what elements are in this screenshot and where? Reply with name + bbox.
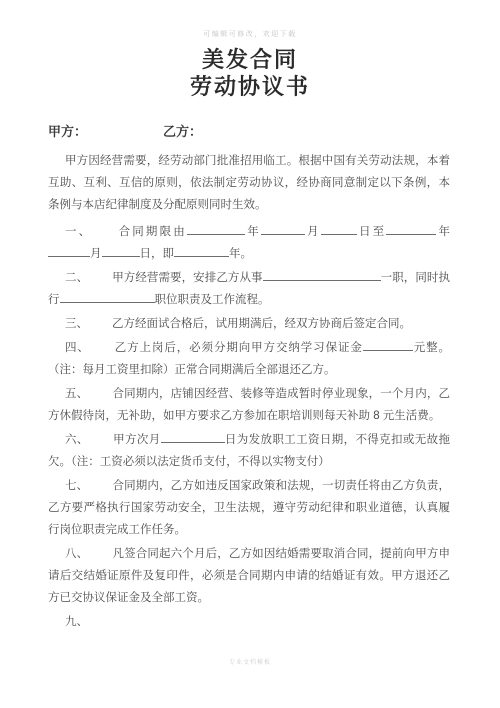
fill-in-blank: [48, 246, 90, 257]
clause: 九、: [48, 611, 450, 633]
clause-text: 合同期内，店铺因经营、装修等造成暂时停业现象，一个月内，乙方休假待岗，无补助，如…: [48, 388, 450, 422]
clause-text: 年: [436, 226, 450, 238]
intro-paragraph: 甲方因经营需要，经劳动部门批准招用临工。根据中国有关劳动法规，本着互助、互利、互…: [48, 150, 450, 216]
top-watermark: 可编辑可修改，欢迎下载: [0, 29, 500, 39]
fill-in-blank: [102, 246, 140, 257]
clause-number: 七、: [65, 480, 88, 492]
clause: 八、凡签合同起六个月后，乙方如因结婚需要取消合同，提前向甲方申请后交结婚证原件及…: [48, 543, 450, 609]
clause-number: 一、: [65, 226, 92, 238]
clause-text: 日为发放职工工资日期，不得克扣或无故拖欠。（注：工资必须以法定货币支付，不得以实…: [48, 434, 450, 468]
title-block: 美发合同 劳动协议书: [0, 0, 500, 100]
clause-text: 日至: [357, 226, 387, 238]
fill-in-blank: [321, 224, 357, 235]
fill-in-blank: [174, 246, 229, 257]
fill-in-blank: [187, 224, 245, 235]
clause: 二、甲方经营需要，安排乙方从事一职，同时执行职位职责及工作流程。: [48, 267, 450, 311]
clause-text: 乙方经面试合格后，试用期满后，经双方协商后签定合同。: [112, 318, 411, 330]
clause-text: 凡签合同起六个月后，乙方如因结婚需要取消合同，提前向甲方申请后交结婚证原件及复印…: [48, 548, 450, 604]
clause-text: 年。: [229, 248, 252, 260]
clause: 三、乙方经面试合格后，试用期满后，经双方协商后签定合同。: [48, 313, 450, 335]
fill-in-blank: [386, 224, 436, 235]
fill-in-blank: [60, 292, 155, 303]
party-b-label: 乙方：: [163, 124, 202, 139]
clause-number: 九、: [65, 616, 88, 628]
clause: 六、甲方次月日为发放职工工资日期，不得克扣或无故拖欠。（注：工资必须以法定货币支…: [48, 429, 450, 473]
clause-text: 职位职责及工作流程。: [155, 294, 270, 306]
clause-text: 月: [305, 226, 321, 238]
fill-in-blank: [161, 432, 225, 443]
clause-text: 合同期限由: [116, 226, 187, 238]
fill-in-blank: [363, 340, 413, 351]
clause-number: 二、: [65, 272, 88, 284]
contract-document-page: 可编辑可修改，欢迎下载 美发合同 劳动协议书 甲方：乙方： 甲方因经营需要，经劳…: [0, 0, 500, 708]
clause-number: 三、: [65, 318, 88, 330]
clause-text: 甲方经营需要，安排乙方从事: [112, 272, 262, 284]
fill-in-blank: [261, 224, 305, 235]
clause-text: 年: [245, 226, 261, 238]
fill-in-blank: [263, 270, 381, 281]
clause-text: 月: [90, 248, 102, 260]
bottom-watermark: 专业文档模板: [0, 657, 500, 666]
clause-text: 日，即: [140, 248, 175, 260]
party-a-label: 甲方：: [48, 124, 87, 139]
clause: 四、乙方上岗后，必须分期向甲方交纳学习保证金元整。（注：每月工资里扣除）正常合同…: [48, 337, 450, 381]
clause-number: 五、: [65, 388, 88, 400]
clause-number: 四、: [65, 342, 90, 354]
document-body: 甲方：乙方： 甲方因经营需要，经劳动部门批准招用临工。根据中国有关劳动法规，本着…: [0, 121, 500, 633]
clause: 七、合同期内，乙方如违反国家政策和法规，一切责任将由乙方负责，乙方要严格执行国家…: [48, 475, 450, 541]
clause: 五、合同期内，店铺因经营、装修等造成暂时停业现象，一个月内，乙方休假待岗，无补助…: [48, 383, 450, 427]
clause: 一、合同期限由年月日至年月日，即年。: [48, 221, 450, 265]
clause-text: 乙方上岗后，必须分期向甲方交纳学习保证金: [114, 342, 363, 354]
document-subtitle: 劳动协议书: [0, 73, 500, 100]
clause-number: 八、: [65, 548, 88, 560]
clause-number: 六、: [65, 434, 89, 446]
clause-text: 合同期内，乙方如违反国家政策和法规，一切责任将由乙方负责，乙方要严格执行国家劳动…: [48, 480, 450, 536]
clause-text: 甲方次月: [113, 434, 161, 446]
document-title: 美发合同: [0, 46, 500, 73]
clauses-list: 一、合同期限由年月日至年月日，即年。二、甲方经营需要，安排乙方从事一职，同时执行…: [48, 221, 450, 633]
parties-row: 甲方：乙方：: [48, 121, 450, 143]
